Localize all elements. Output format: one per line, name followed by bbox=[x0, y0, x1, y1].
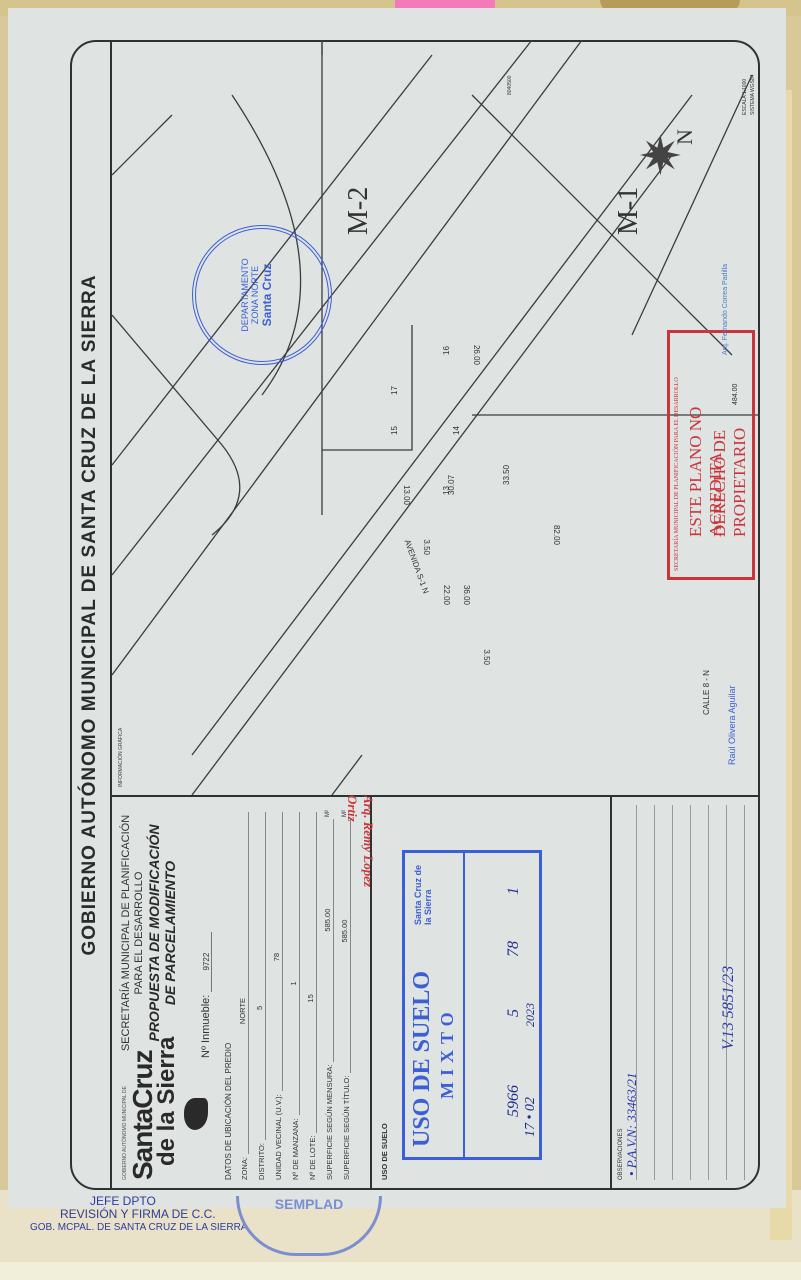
datos-row: ZONA:NORTE bbox=[240, 810, 249, 1180]
lot-label: 15 bbox=[390, 426, 399, 435]
logo-line-2: de la Sierra bbox=[156, 1037, 178, 1180]
datos-row: Nº DE LOTE:15 bbox=[308, 810, 317, 1180]
info-column: GOBIERNO AUTÓNOMO MUNICIPAL DE SantaCruz… bbox=[112, 795, 760, 1190]
uso-suelo-stamp: USO DE SUELO MIXTO Santa Cruz de la Sier… bbox=[402, 850, 542, 1160]
datos-row-value: NORTE bbox=[238, 998, 247, 1024]
datos-row: DISTRITO:5 bbox=[257, 810, 266, 1180]
block-m1-label: M-1 bbox=[613, 187, 644, 235]
datos-row-label: SUPERFICIE SEGÚN TÍTULO: bbox=[342, 1076, 351, 1180]
hw-uv: 78 bbox=[505, 941, 523, 957]
compass-rose-icon: ✷ bbox=[632, 125, 692, 185]
bird-logo-icon bbox=[184, 1098, 208, 1130]
obs-line bbox=[672, 805, 673, 1180]
block-m2-label: M-2 bbox=[343, 187, 374, 235]
scale-label: ESCALA 1:1000 bbox=[742, 79, 748, 115]
round-stamp-center1: DEPARTAMENTO bbox=[240, 229, 250, 361]
lot-label: 16 bbox=[442, 346, 451, 355]
datos-row: Nº DE MANZANA:1 bbox=[291, 810, 300, 1180]
datos-row-value: 78 bbox=[272, 953, 281, 961]
dim-label: 3.50 bbox=[482, 649, 491, 665]
coordinate-label: 8040500 bbox=[507, 76, 513, 95]
dim-label: 3.50 bbox=[422, 539, 431, 555]
datos-row-line: NORTE bbox=[240, 812, 249, 1154]
uso-suelo-section: USO DE SUELO Arq. Remy Lopez Ortiz USO D… bbox=[372, 795, 612, 1190]
red-signature-name: Arq. Remy Lopez Ortiz bbox=[344, 795, 376, 910]
hw-date: 17 • 02 bbox=[523, 1097, 539, 1137]
datos-row-value: 5 bbox=[255, 1006, 264, 1010]
stamp-divider bbox=[463, 853, 465, 1157]
stamp-brand: Santa Cruz de la Sierra bbox=[413, 865, 433, 925]
uso-suelo-title: USO DE SUELO bbox=[380, 1123, 389, 1180]
datos-row-line: 15 bbox=[308, 812, 317, 1133]
round-stamp-brand: Santa Cruz bbox=[260, 229, 274, 361]
page-title: GOBIERNO AUTÓNOMO MUNICIPAL DE SANTA CRU… bbox=[79, 275, 101, 956]
hw-number: 5966 bbox=[505, 1085, 523, 1117]
secretaria-heading: SECRETARÍA MUNICIPAL DE PLANIFICACIÓN PA… bbox=[120, 808, 178, 1058]
datos-row-value: 585.00 bbox=[323, 909, 332, 932]
header-section: GOBIERNO AUTÓNOMO MUNICIPAL DE SantaCruz… bbox=[112, 795, 372, 1190]
dim-label: 26.00 bbox=[472, 345, 481, 365]
doc-type-2: DE PARCELAMIENTO bbox=[162, 808, 178, 1058]
datos-row: UNIDAD VECINAL (U.V.):78 bbox=[274, 810, 283, 1180]
signature-stamp-2: Raúl Olivera Aguilar bbox=[727, 685, 737, 765]
red-no-acredita-stamp: SECRETARÍA MUNICIPAL DE PLANIFICACIÓN PA… bbox=[667, 330, 755, 580]
obs-line bbox=[708, 805, 709, 1180]
round-departamento-stamp: DEPARTAMENTO ZONA NORTE Santa Cruz bbox=[192, 225, 332, 365]
santa-cruz-logo: SantaCruz de la Sierra bbox=[130, 1037, 178, 1180]
inmueble-label: Nº Inmueble: bbox=[200, 995, 212, 1058]
datos-row-unit: M² bbox=[325, 810, 334, 817]
system-label: SISTEMA WGS84 bbox=[750, 74, 756, 115]
inmueble-field: Nº Inmueble: 9722 bbox=[200, 932, 212, 1058]
datos-row-line: 585.00 bbox=[325, 819, 334, 1062]
inmueble-value: 9722 bbox=[202, 932, 212, 992]
datos-row-line: 5 bbox=[257, 812, 266, 1140]
footer-stamp-line3: GOB. MCPAL. DE SANTA CRUZ DE LA SIERRA bbox=[30, 1221, 250, 1234]
obs-line bbox=[690, 805, 691, 1180]
stamp-value: MIXTO bbox=[437, 1006, 458, 1099]
datos-row-value: 585.00 bbox=[340, 920, 349, 943]
datos-row-label: Nº DE LOTE: bbox=[308, 1136, 317, 1180]
obs-line bbox=[744, 805, 745, 1180]
map-area: INFORMACIÓN GRÁFICA bbox=[112, 40, 760, 795]
dim-label: 36.00 bbox=[462, 585, 471, 605]
dim-label: 22.00 bbox=[442, 585, 451, 605]
street-label-calle: CALLE 8 - N bbox=[702, 670, 711, 715]
datos-title: DATOS DE UBICACIÓN DEL PREDIO bbox=[224, 1043, 233, 1180]
semplad-seal-text: SEMPLAD bbox=[275, 1196, 343, 1212]
footer-stamp-line2: REVISIÓN Y FIRMA DE C.C. bbox=[30, 1208, 250, 1221]
red-stamp-org: SECRETARÍA MUNICIPAL DE PLANIFICACIÓN PA… bbox=[674, 377, 680, 571]
datos-row-label: DISTRITO: bbox=[257, 1143, 266, 1180]
secretaria-name-2: PARA EL DESARROLLO bbox=[133, 808, 146, 1058]
stamp-title: USO DE SUELO bbox=[409, 971, 436, 1147]
lot-label: 17 bbox=[390, 386, 399, 395]
hw-mz: 1 bbox=[505, 887, 523, 895]
datos-row-line: 1 bbox=[291, 812, 300, 1116]
datos-row: SUPERFICIE SEGÚN MENSURA:585.00M² bbox=[325, 810, 334, 1180]
red-stamp-line2: DERECHO DE PROPIETARIO bbox=[710, 333, 750, 537]
hw-dm: 5 bbox=[505, 1009, 523, 1017]
datos-row-value: 15 bbox=[306, 994, 315, 1002]
lot-label: 13 bbox=[442, 486, 451, 495]
underlying-paper-edge bbox=[0, 1262, 801, 1280]
datos-row-label: ZONA: bbox=[240, 1157, 249, 1180]
signature-stamp-1: Arq. Fernando Correa Padilla bbox=[722, 264, 729, 355]
datos-row-label: SUPERFICIE SEGÚN MENSURA: bbox=[325, 1065, 334, 1180]
dim-label: 33.50 bbox=[502, 465, 511, 485]
obs-line bbox=[654, 805, 655, 1180]
dim-label: 484.00 bbox=[732, 384, 739, 405]
rotated-content: GOBIERNO AUTÓNOMO MUNICIPAL DE SANTA CRU… bbox=[70, 40, 760, 1190]
secretaria-name: SECRETARÍA MUNICIPAL DE PLANIFICACIÓN bbox=[120, 808, 133, 1058]
datos-row-value: 1 bbox=[289, 981, 298, 985]
datos-row-label: UNIDAD VECINAL (U.V.): bbox=[274, 1094, 283, 1180]
title-band: GOBIERNO AUTÓNOMO MUNICIPAL DE SANTA CRU… bbox=[70, 40, 112, 1190]
datos-row-line: 78 bbox=[274, 812, 283, 1091]
lot-label: 14 bbox=[452, 426, 461, 435]
dim-label: 82.00 bbox=[552, 525, 561, 545]
datos-row-label: Nº DE MANZANA: bbox=[291, 1119, 300, 1181]
round-stamp-center2: ZONA NORTE bbox=[250, 229, 260, 361]
obs-note-1: • P.A.V.N: 33463/21 bbox=[624, 1073, 640, 1176]
jefe-dpto-stamp: JEFE DPTO REVISIÓN Y FIRMA DE C.C. GOB. … bbox=[30, 1195, 250, 1234]
hw-year: 2023 bbox=[523, 1003, 538, 1027]
doc-type-1: PROPUESTA DE MODIFICACIÓN bbox=[146, 808, 162, 1058]
dim-label: 13.00 bbox=[402, 485, 411, 505]
document-page: GOBIERNO AUTÓNOMO MUNICIPAL DE SANTA CRU… bbox=[70, 40, 760, 1190]
obs-note-2: V.13 5851/23 bbox=[720, 966, 738, 1050]
observaciones-section: OBSERVACIONES • P.A.V.N: 33463/21 V.13 5… bbox=[612, 795, 760, 1190]
